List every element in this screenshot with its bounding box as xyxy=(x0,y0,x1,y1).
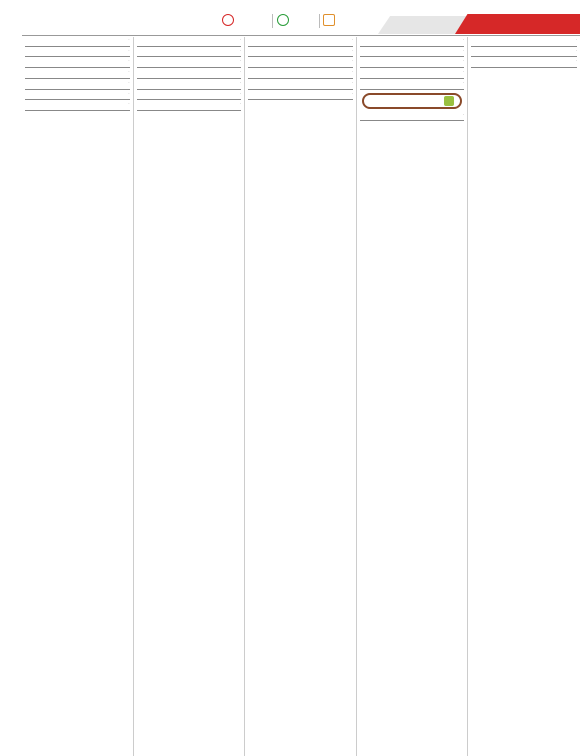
classified-ad: · xyxy=(471,49,577,58)
ad-code: · xyxy=(471,49,577,55)
email-contact[interactable] xyxy=(323,14,337,26)
ad-code: · xyxy=(137,49,242,55)
ad-code: · xyxy=(137,92,242,98)
classified-ad: · xyxy=(248,49,353,58)
classified-ad: · xyxy=(248,92,353,101)
classified-ad: · xyxy=(137,102,242,111)
ad-code: · xyxy=(248,38,353,44)
ad-code: · xyxy=(137,59,242,65)
ad-code: · xyxy=(137,38,242,44)
classifieds-columns: · · · · · · · · · · · · · · · · · · · · … xyxy=(22,37,580,756)
mensuras-icon xyxy=(444,96,454,106)
classified-ad: · xyxy=(471,38,577,47)
classified-ad: · xyxy=(137,49,242,58)
column-1: · · · · · · · xyxy=(22,37,134,756)
classified-ad: · xyxy=(137,70,242,79)
section-tab xyxy=(455,14,580,34)
classified-ad: · xyxy=(248,38,353,47)
ad-code: · xyxy=(471,59,577,65)
classified-ad: · xyxy=(248,81,353,90)
divider xyxy=(272,14,273,28)
classified-ad: · xyxy=(360,113,465,122)
classified-ad: · xyxy=(137,92,242,101)
ad-code: · xyxy=(25,59,130,65)
ad-code: · xyxy=(360,113,465,119)
page-header xyxy=(0,0,580,36)
classified-ad: · xyxy=(25,92,130,101)
section-banner xyxy=(362,93,463,109)
customer-service-contact[interactable] xyxy=(222,14,236,26)
ad-code: · xyxy=(25,92,130,98)
ad-code: · xyxy=(137,70,242,76)
classified-ad: · xyxy=(137,38,242,47)
classified-ad: · xyxy=(25,38,130,47)
ad-code: · xyxy=(471,38,577,44)
phone-icon xyxy=(222,14,234,26)
ad-code: · xyxy=(25,49,130,55)
whatsapp-contact[interactable] xyxy=(277,14,291,26)
ad-code: · xyxy=(360,81,465,87)
column-3: · · · · · · xyxy=(245,37,357,756)
column-4: · · · · · · xyxy=(357,37,469,756)
classified-ad: · xyxy=(360,70,465,79)
ad-code: · xyxy=(248,49,353,55)
classified-ad: · xyxy=(360,49,465,58)
ad-code: · xyxy=(25,81,130,87)
ad-code: · xyxy=(360,49,465,55)
ad-code: · xyxy=(248,81,353,87)
classified-ad: · xyxy=(137,59,242,68)
header-rule xyxy=(22,35,580,36)
classified-ad: · xyxy=(25,81,130,90)
ad-code: · xyxy=(360,59,465,65)
column-2: · · · · · · · xyxy=(134,37,246,756)
ad-code: · xyxy=(137,81,242,87)
classified-ad: · xyxy=(360,81,465,90)
whatsapp-icon xyxy=(277,14,289,26)
ad-code: · xyxy=(25,70,130,76)
ad-code: · xyxy=(248,70,353,76)
classified-ad: · xyxy=(25,49,130,58)
classified-ad: · xyxy=(360,38,465,47)
ad-code: · xyxy=(25,102,130,108)
ad-code: · xyxy=(248,59,353,65)
ad-code: · xyxy=(248,92,353,98)
ad-code: · xyxy=(25,38,130,44)
email-icon xyxy=(323,14,335,26)
column-5: · · · xyxy=(468,37,580,756)
divider xyxy=(319,14,320,28)
ad-code: · xyxy=(360,70,465,76)
ad-code: · xyxy=(360,38,465,44)
classified-ad: · xyxy=(25,70,130,79)
classified-ad: · xyxy=(248,70,353,79)
classified-ad: · xyxy=(25,102,130,111)
classified-ad: · xyxy=(25,59,130,68)
classified-ad: · xyxy=(471,59,577,68)
classified-ad: · xyxy=(248,59,353,68)
classified-ad: · xyxy=(360,59,465,68)
ad-code: · xyxy=(137,102,242,108)
classified-ad: · xyxy=(137,81,242,90)
